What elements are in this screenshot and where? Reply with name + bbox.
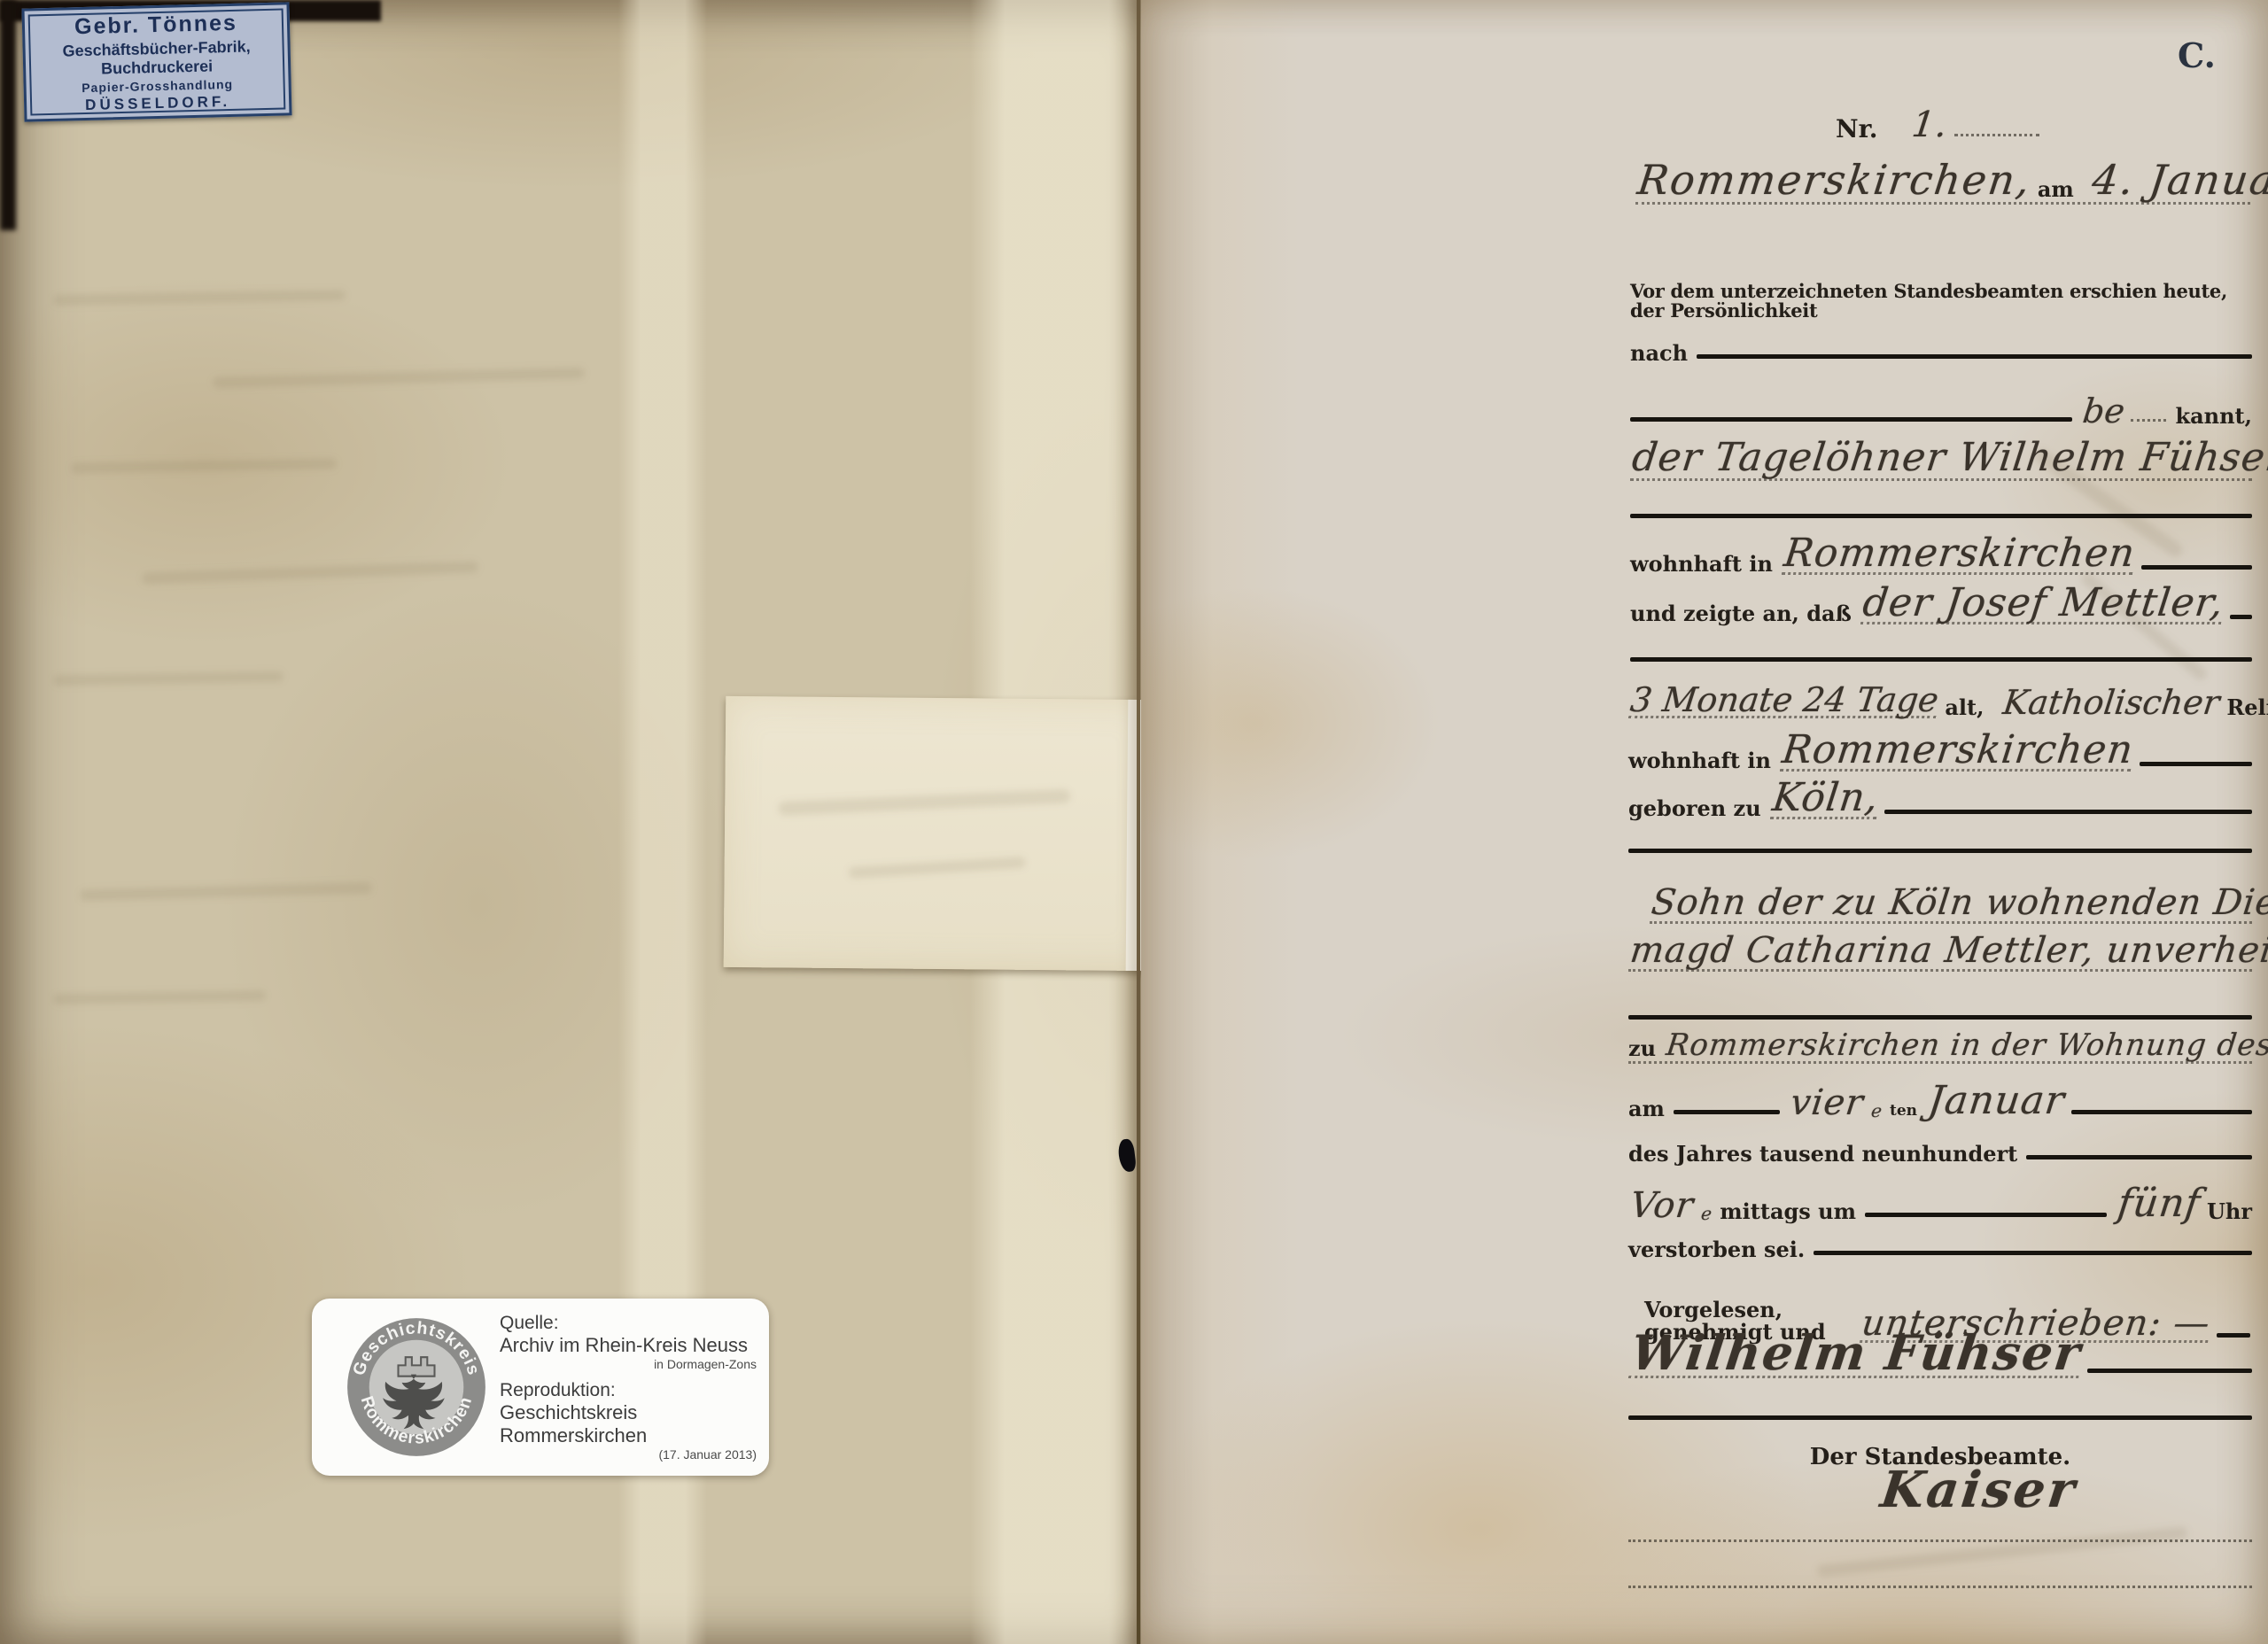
blank-line-fill <box>2141 565 2252 570</box>
birthplace-row: geboren zu Köln, <box>1628 779 2252 819</box>
residence-value: Rommerskirchen <box>1780 732 2135 772</box>
deceased-row: und zeigte an, daß der Josef Mettler, <box>1630 585 2252 624</box>
geschichtskreis-seal: Geschichtskreis Rommerskirchen <box>344 1314 489 1460</box>
uhr-label: Uhr <box>2207 1200 2252 1222</box>
publisher-city: DÜSSELDORF. <box>85 92 230 113</box>
reproduction-date: (17. Januar 2013) <box>500 1447 757 1462</box>
right-page-stains <box>1141 0 2268 1644</box>
religion-label: Religion, <box>2226 696 2268 718</box>
death-place-row: zu Rommerskirchen in der Wohnung des Anz… <box>1628 1031 2252 1064</box>
declarant-signature-row: Wilhelm Fühser <box>1628 1330 2252 1378</box>
zeigte-label: und zeigte an, daß <box>1630 602 1852 624</box>
dotted-gap <box>2131 419 2166 422</box>
blank-rule <box>1628 849 2252 853</box>
parent-line-2: magd Catharina Mettler, unverheirathet <box>1628 934 2268 967</box>
short-line-fill <box>1674 1110 1780 1114</box>
filler-mark: e <box>1870 1103 1883 1120</box>
page-corner-mark: C. <box>2178 35 2216 75</box>
archive-label-text: Quelle: Archiv im Rhein-Kreis Neuss in D… <box>500 1313 757 1470</box>
year-row: des Jahres tausend neunhundert <box>1628 1143 2252 1165</box>
source-name: Archiv im Rhein-Kreis Neuss <box>500 1334 757 1357</box>
intro-text: Vor dem unterzeichneten Standesbeamten e… <box>1630 282 2252 321</box>
blank-line-fill <box>2071 1110 2252 1114</box>
blank-line-fill <box>1630 417 2072 422</box>
birthplace-value: Köln, <box>1770 779 1881 819</box>
dotted-rule-fill <box>1954 134 2039 136</box>
intro-row: Vor dem unterzeichneten Standesbeamten e… <box>1630 282 2252 321</box>
publisher-name: Gebr. Tönnes <box>74 10 237 39</box>
zu-label: zu <box>1628 1037 1656 1059</box>
book-spine-crease <box>1137 0 1140 1644</box>
residence-value: Rommerskirchen <box>1782 535 2137 575</box>
blank-line-fill <box>2026 1155 2252 1159</box>
source-label: Quelle: <box>500 1313 757 1334</box>
declarant-signature: Wilhelm Fühser <box>1628 1330 2085 1378</box>
blank-line-fill <box>2230 615 2252 619</box>
slip-bleedthrough <box>778 789 1070 816</box>
am-label-2: am <box>1628 1097 1665 1120</box>
religion-value: Katholischer <box>2001 686 2221 718</box>
deceased-name: der Josef Mettler, <box>1860 585 2226 624</box>
blank-rule <box>1628 1415 2252 1420</box>
source-location: in Dormagen-Zons <box>500 1357 757 1371</box>
death-month-value: Januar <box>1926 1082 2067 1120</box>
registrar-signature-row: Kaiser <box>1878 1467 2074 1514</box>
number-label: Nr. <box>1836 116 1878 142</box>
right-page <box>1141 0 2268 1644</box>
age-value: 3 Monate 24 Tage <box>1628 684 1940 718</box>
parent-row-2: magd Catharina Mettler, unverheirathet <box>1628 934 2252 972</box>
archive-source-label: Geschichtskreis Rommerskirchen Quelle: A… <box>312 1299 769 1476</box>
record-place: Rommerskirchen, <box>1635 161 2033 200</box>
age-religion-row: 3 Monate 24 Tage alt, Katholischer Relig… <box>1628 684 2252 718</box>
residence-row-2: wohnhaft in Rommerskirchen <box>1628 732 2252 772</box>
bekannt-row: be kannt, <box>1630 395 2252 427</box>
blank-line-fill <box>1814 1251 2252 1255</box>
residence-row-1: wohnhaft in Rommerskirchen <box>1630 535 2252 575</box>
nach-label: nach <box>1630 342 1688 364</box>
dotted-rule <box>1628 1586 2252 1588</box>
record-number-row: Nr. 1. <box>1836 108 2039 142</box>
be-hand: be <box>2081 395 2126 427</box>
blank-line-fill <box>1884 810 2252 814</box>
declarant-row: der Tagelöhner Wilhelm Fühser, <box>1630 439 2252 481</box>
blank-rule <box>1628 1015 2252 1020</box>
kannt-label: kannt, <box>2175 405 2252 427</box>
verstorben-label: verstorben sei. <box>1628 1238 1805 1260</box>
hour-value: fünf <box>2116 1185 2202 1222</box>
slip-bleedthrough <box>848 857 1025 879</box>
mittags-label: mittags um <box>1720 1200 1856 1222</box>
blank-rule <box>1630 657 2252 662</box>
book-edge-shadow-left <box>0 0 16 230</box>
register-book-spread: Gebr. Tönnes Geschäftsbücher-Fabrik, Buc… <box>0 0 2268 1644</box>
registrar-signature: Kaiser <box>1878 1467 2079 1514</box>
wohnhaft-label: wohnhaft in <box>1628 749 1771 772</box>
death-time-row: Vor e mittags um fünf Uhr <box>1628 1185 2252 1222</box>
reproduction-label: Reproduktion: <box>500 1380 757 1401</box>
geboren-label: geboren zu <box>1628 797 1761 819</box>
vor-value: Vor <box>1628 1189 1696 1222</box>
blank-line-fill <box>1865 1213 2107 1217</box>
death-day-value: vier <box>1789 1086 1866 1120</box>
blank-line-fill <box>2087 1369 2252 1373</box>
parent-line-1: Sohn der zu Köln wohnenden Dienst- <box>1650 886 2268 919</box>
death-date-row: am vier e ten Januar <box>1628 1082 2252 1120</box>
declarant-name: der Tagelöhner Wilhelm Fühser, <box>1630 439 2268 477</box>
am-label: am <box>2038 178 2074 200</box>
number-value: 1. <box>1910 108 1950 142</box>
alt-label: alt, <box>1945 696 1984 718</box>
wohnhaft-label: wohnhaft in <box>1630 553 1773 575</box>
parent-row-1: Sohn der zu Köln wohnenden Dienst- <box>1650 886 2252 924</box>
blank-rule <box>1630 514 2252 518</box>
dotted-rule <box>1628 1539 2252 1542</box>
deceased-statement-row: verstorben sei. <box>1628 1238 2252 1260</box>
publisher-trade: Papier-Grosshandlung <box>82 76 233 94</box>
publisher-stamp-frame: Gebr. Tönnes Geschäftsbücher-Fabrik, Buc… <box>28 8 286 115</box>
nach-row: nach <box>1630 342 2252 364</box>
year-words-label: des Jahres tausend neunhundert <box>1628 1143 2017 1165</box>
publisher-business: Geschäftsbücher-Fabrik, Buchdruckerei <box>30 36 283 80</box>
place-date-row: Rommerskirchen, am 4. Januar 1900. <box>1635 161 2250 205</box>
ten-label: ten <box>1890 1104 1917 1120</box>
publisher-stamp: Gebr. Tönnes Geschäftsbücher-Fabrik, Buc… <box>21 2 291 121</box>
blank-line-fill <box>1697 354 2252 359</box>
filler-mark: e <box>1700 1206 1713 1222</box>
reproduction-name: Geschichtskreis Rommerskirchen <box>500 1401 757 1447</box>
death-place-value: Rommerskirchen in der Wohnung des Anzeig… <box>1665 1031 2268 1059</box>
blank-line-fill <box>2140 762 2252 766</box>
record-date: 4. Januar <box>2090 161 2268 200</box>
pasted-paper-slip <box>724 696 1155 971</box>
